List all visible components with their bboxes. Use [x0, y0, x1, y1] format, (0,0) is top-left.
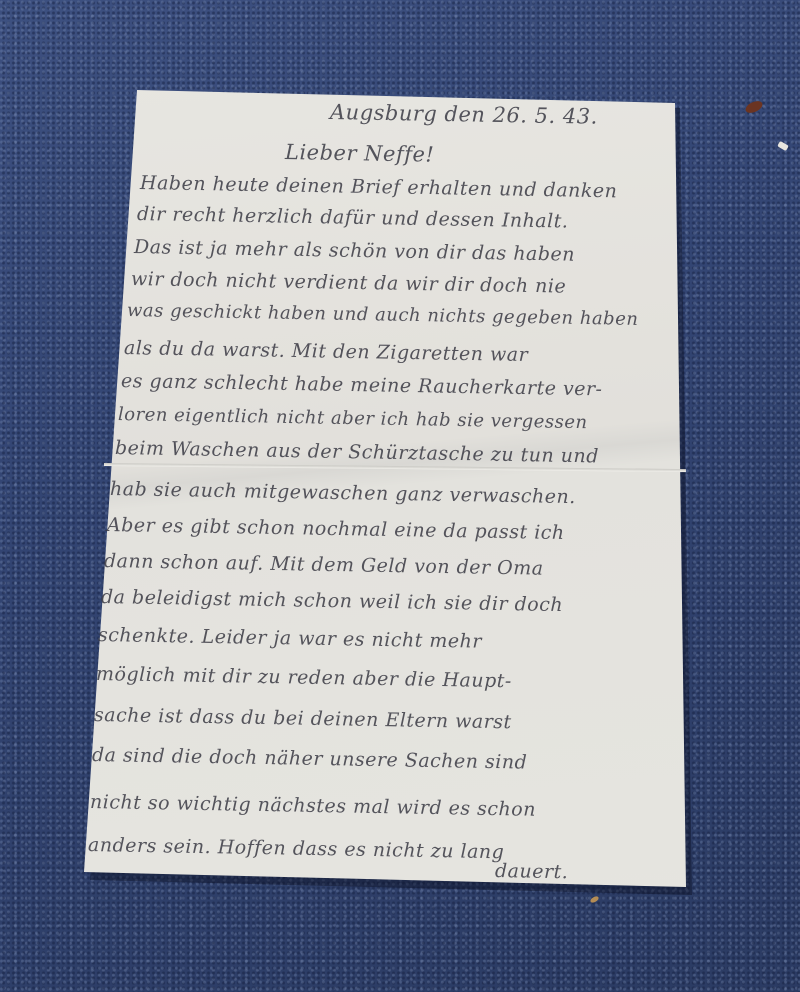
- letter-salutation: Lieber Neffe!: [285, 140, 435, 167]
- letter-signature: dauert.: [495, 860, 569, 883]
- letter-place-date: Augsburg den 26. 5. 43.: [330, 100, 598, 129]
